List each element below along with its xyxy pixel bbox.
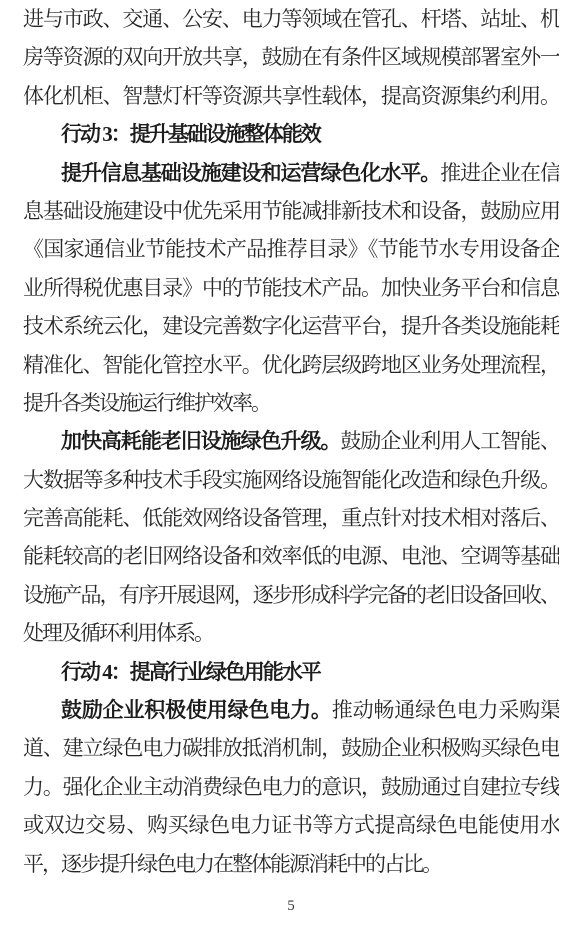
body-line: 设施产品，有序开展退网，逐步形成科学完备的老旧设备回收、 [23,576,559,614]
line-text: 能耗较高的老旧网络设备和效率低的电源、电池、空调等基础 [23,544,559,568]
section-heading: 行动 3：提升基础设施整体能效 [23,115,559,153]
body-line: 提升信息基础设施建设和运营绿色化水平。推进企业在信 [23,154,559,192]
body-line: 鼓励企业积极使用绿色电力。推动畅通绿色电力采购渠 [23,691,559,729]
body-line: 提升各类设施运行维护效率。 [23,384,559,422]
line-text: 房等资源的双向开放共享，鼓励在有条件区域规模部署室外一 [23,45,559,69]
line-text: 处理及循环利用体系。 [23,621,213,645]
body-line: 完善高能耗、低能效网络设备管理，重点针对技术相对落后、 [23,499,559,537]
line-text: 力。强化企业主动消费绿色电力的意识，鼓励通过自建拉专线 [23,775,559,799]
heading-text: 行动 3：提升基础设施整体能效 [61,122,320,146]
bold-lead-text: 鼓励企业积极使用绿色电力。 [61,698,332,722]
line-text: 平，逐步提升绿色电力在整体能源消耗中的占比。 [23,852,441,876]
body-line: 平，逐步提升绿色电力在整体能源消耗中的占比。 [23,845,559,883]
line-text: 技术系统云化，建设完善数字化运营平台，提升各类设施能耗 [23,314,559,338]
body-line: 体化机柜、智慧灯杆等资源共享性载体，提高资源集约利用。 [23,77,559,115]
line-text: 鼓励企业利用人工智能、 [340,429,559,453]
body-line: 进与市政、交通、公安、电力等领域在管孔、杆塔、站址、机 [23,0,559,38]
section-heading: 行动 4：提高行业绿色用能水平 [23,653,559,691]
body-line: 处理及循环利用体系。 [23,614,559,652]
body-line: 道、建立绿色电力碳排放抵消机制，鼓励企业积极购买绿色电 [23,729,559,767]
body-line: 业所得税优惠目录》中的节能技术产品。加快业务平台和信息 [23,269,559,307]
body-line: 房等资源的双向开放共享，鼓励在有条件区域规模部署室外一 [23,38,559,76]
body-line: 技术系统云化，建设完善数字化运营平台，提升各类设施能耗 [23,307,559,345]
line-text: 或双边交易、购买绿色电力证书等方式提高绿色电能使用水 [23,813,559,837]
body-line: 大数据等多种技术手段实施网络设施智能化改造和绿色升级。 [23,461,559,499]
body-line: 加快高耗能老旧设施绿色升级。鼓励企业利用人工智能、 [23,422,559,460]
page-number: 5 [0,898,582,915]
line-text: 业所得税优惠目录》中的节能技术产品。加快业务平台和信息 [23,276,559,300]
line-text: 进与市政、交通、公安、电力等领域在管孔、杆塔、站址、机 [23,7,559,31]
line-text: 提升各类设施运行维护效率。 [23,391,270,415]
line-text: 推进企业在信 [440,161,559,185]
document-page: 进与市政、交通、公安、电力等领域在管孔、杆塔、站址、机房等资源的双向开放共享，鼓… [0,0,582,929]
line-text: 设施产品，有序开展退网，逐步形成科学完备的老旧设备回收、 [23,583,559,607]
body-line: 能耗较高的老旧网络设备和效率低的电源、电池、空调等基础 [23,537,559,575]
body-line: 精准化、智能化管控水平。优化跨层级跨地区业务处理流程， [23,346,559,384]
line-text: 完善高能耗、低能效网络设备管理，重点针对技术相对落后、 [23,506,559,530]
document-body: 进与市政、交通、公安、电力等领域在管孔、杆塔、站址、机房等资源的双向开放共享，鼓… [23,0,559,883]
line-text: 推动畅通绿色电力采购渠 [332,698,559,722]
body-line: 力。强化企业主动消费绿色电力的意识，鼓励通过自建拉专线 [23,768,559,806]
line-text: 体化机柜、智慧灯杆等资源共享性载体，提高资源集约利用。 [23,84,559,108]
bold-lead-text: 加快高耗能老旧设施绿色升级。 [61,429,340,453]
body-line: 《国家通信业节能技术产品推荐目录》《节能节水专用设备企 [23,230,559,268]
body-line: 或双边交易、购买绿色电力证书等方式提高绿色电能使用水 [23,806,559,844]
line-text: 大数据等多种技术手段实施网络设施智能化改造和绿色升级。 [23,468,559,492]
line-text: 息基础设施建设中优先采用节能减排新技术和设备，鼓励应用 [23,199,559,223]
line-text: 《国家通信业节能技术产品推荐目录》《节能节水专用设备企 [23,237,559,261]
line-text: 道、建立绿色电力碳排放抵消机制，鼓励企业积极购买绿色电 [23,736,559,760]
heading-text: 行动 4：提高行业绿色用能水平 [61,660,320,684]
line-text: 精准化、智能化管控水平。优化跨层级跨地区业务处理流程， [23,353,559,377]
body-line: 息基础设施建设中优先采用节能减排新技术和设备，鼓励应用 [23,192,559,230]
bold-lead-text: 提升信息基础设施建设和运营绿色化水平。 [61,161,440,185]
